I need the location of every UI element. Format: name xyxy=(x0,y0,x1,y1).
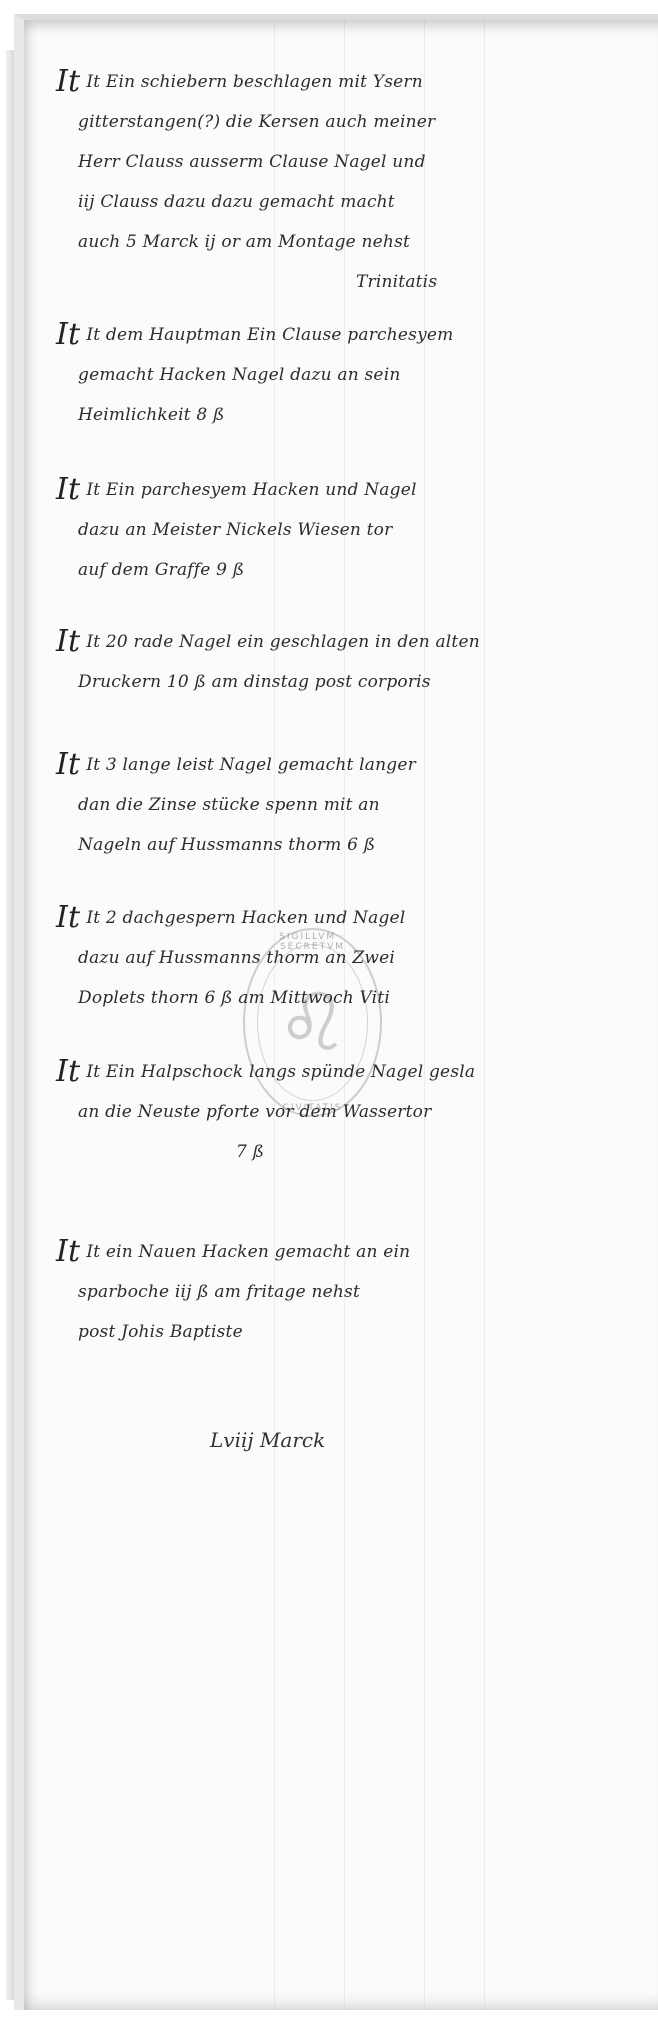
page-total: Lviij Marck xyxy=(210,1428,325,1452)
item-mark: It xyxy=(56,900,80,935)
entry-amount: 7 ß xyxy=(56,1132,616,1172)
entry-line: It 3 lange leist Nagel gemacht langer xyxy=(86,755,416,775)
item-mark: It xyxy=(56,624,80,659)
item-mark: It xyxy=(56,1054,80,1089)
entry-line: Heimlichkeit 8 ß xyxy=(56,395,616,435)
ledger-entry-5: ItIt 3 lange leist Nagel gemacht langer … xyxy=(56,745,616,865)
ledger-entry-2: ItIt dem Hauptman Ein Clause parchesyem … xyxy=(56,315,616,435)
item-mark: It xyxy=(56,64,80,99)
entry-line: It ein Nauen Hacken gemacht an ein xyxy=(86,1242,410,1262)
entry-line: Herr Clauss ausserm Clause Nagel und xyxy=(56,142,616,182)
entry-line: It Ein parchesyem Hacken und Nagel xyxy=(86,480,416,500)
ledger-entry-6: ItIt 2 dachgespern Hacken und Nagel dazu… xyxy=(56,898,616,1018)
entry-line: Trinitatis xyxy=(56,262,616,302)
entry-line: It 2 dachgespern Hacken und Nagel xyxy=(86,908,405,928)
entry-line: Nageln auf Hussmanns thorm 6 ß xyxy=(56,825,616,865)
item-mark: It xyxy=(56,317,80,352)
entry-line: gitterstangen(?) die Kersen auch meiner xyxy=(56,102,616,142)
entry-line: It 20 rade Nagel ein geschlagen in den a… xyxy=(86,632,480,652)
entry-line: post Johis Baptiste xyxy=(56,1312,616,1352)
entry-line: dazu an Meister Nickels Wiesen tor xyxy=(56,510,616,550)
entry-line: Doplets thorn 6 ß am Mittwoch Viti xyxy=(56,978,616,1018)
entry-line: auf dem Graffe 9 ß xyxy=(56,550,616,590)
entry-line: Druckern 10 ß am dinstag post corporis xyxy=(56,662,616,702)
entry-line: It Ein Halpschock langs spünde Nagel ges… xyxy=(86,1062,475,1082)
item-mark: It xyxy=(56,747,80,782)
item-mark: It xyxy=(56,1234,80,1269)
entry-line: iij Clauss dazu dazu gemacht macht xyxy=(56,182,616,222)
entry-line: dazu auf Hussmanns thorm an Zwei xyxy=(56,938,616,978)
entry-line: auch 5 Marck ij or am Montage nehst xyxy=(56,222,616,262)
ledger-entry-7: ItIt Ein Halpschock langs spünde Nagel g… xyxy=(56,1052,616,1172)
entry-line: gemacht Hacken Nagel dazu an sein xyxy=(56,355,616,395)
ledger-entry-3: ItIt Ein parchesyem Hacken und Nagel daz… xyxy=(56,470,616,590)
ledger-entry-4: ItIt 20 rade Nagel ein geschlagen in den… xyxy=(56,622,616,702)
entry-line: dan die Zinse stücke spenn mit an xyxy=(56,785,616,825)
entry-line: It dem Hauptman Ein Clause parchesyem xyxy=(86,325,453,345)
ledger-entry-1: ItIt Ein schiebern beschlagen mit Ysern … xyxy=(56,62,616,302)
entry-line: It Ein schiebern beschlagen mit Ysern xyxy=(86,72,423,92)
ledger-entry-8: ItIt ein Nauen Hacken gemacht an ein spa… xyxy=(56,1232,616,1352)
item-mark: It xyxy=(56,472,80,507)
entry-line: sparboche iij ß am fritage nehst xyxy=(56,1272,616,1312)
entry-line: an die Neuste pforte vor dem Wassertor xyxy=(56,1092,616,1132)
